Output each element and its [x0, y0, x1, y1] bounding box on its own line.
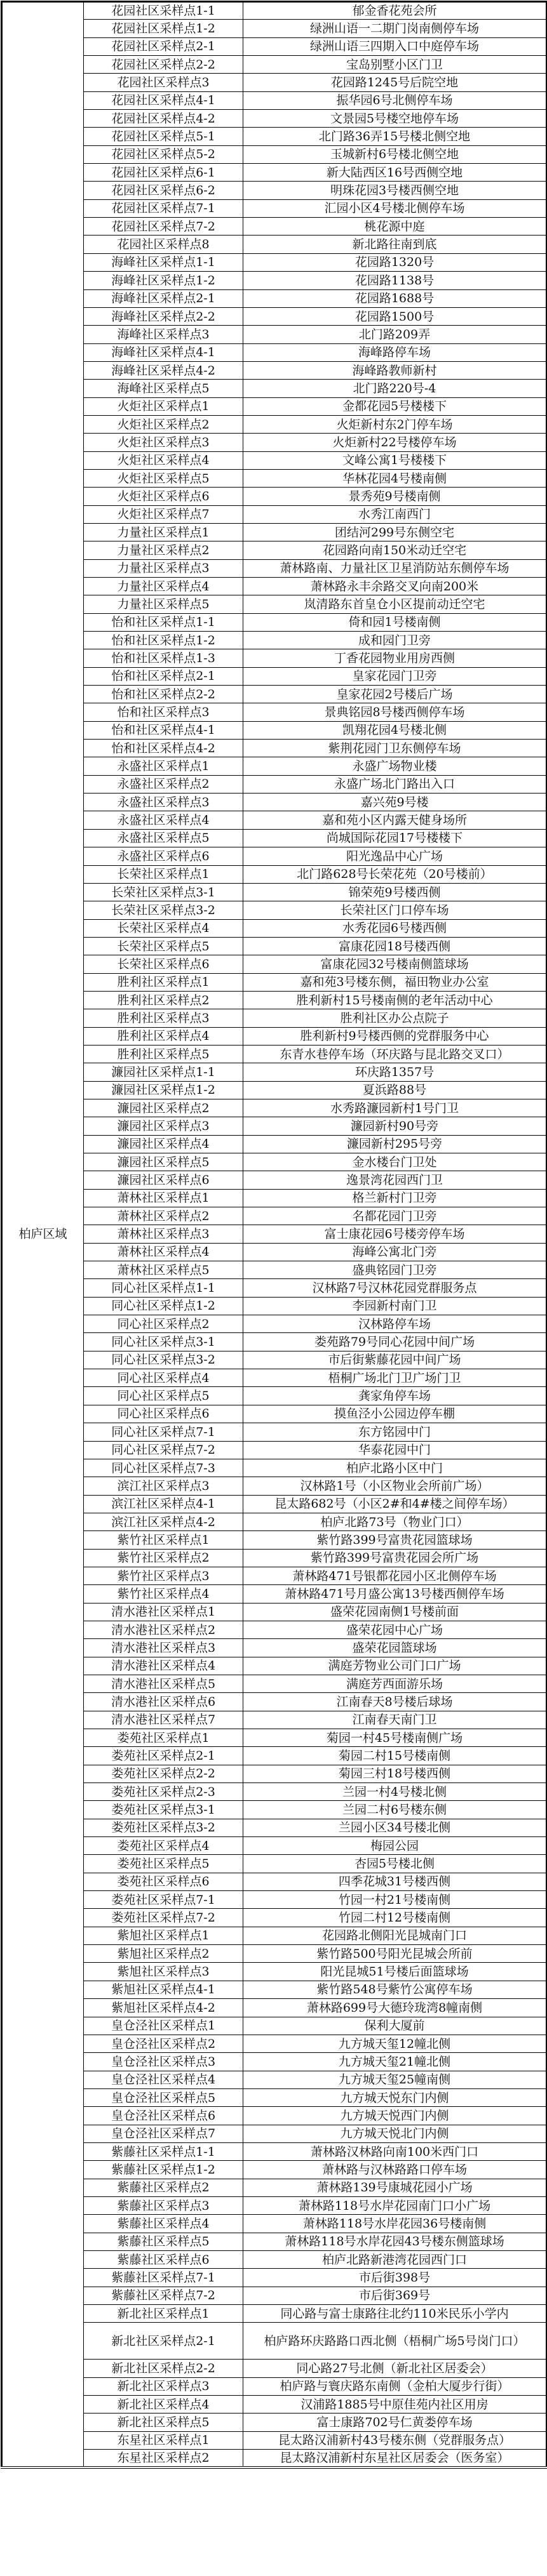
sampling-point-location: 满庭芳物业公司门口广场 — [243, 1657, 547, 1675]
sampling-point-location: 紫竹路548号紫竹公寓停车场 — [243, 1981, 547, 1998]
sampling-point-name: 萧林社区采样点4 — [84, 1243, 243, 1261]
sampling-point-location: 锦荣苑9号楼西侧 — [243, 883, 547, 901]
sampling-point-location: 胜利社区办公点院子 — [243, 1009, 547, 1027]
sampling-point-name: 花园社区采样点7-2 — [84, 218, 243, 236]
sampling-point-name: 花园社区采样点5-1 — [84, 128, 243, 145]
table-row: 娄苑社区采样点2-3兰园一村4号楼北侧 — [2, 1783, 547, 1801]
sampling-point-name: 永盛社区采样点6 — [84, 847, 243, 865]
table-row: 长荣社区采样点1北门路628号长荣花苑（20号楼前） — [2, 865, 547, 883]
sampling-point-location: 嘉和苑小区内露天健身场所 — [243, 811, 547, 829]
table-row: 同心社区采样点7-3柏庐北路小区中门 — [2, 1459, 547, 1477]
sampling-point-location: 同心路27号北侧（新北社区居委会） — [243, 2360, 547, 2377]
sampling-point-location: 保利大厦前 — [243, 2017, 547, 2035]
table-row: 长荣社区采样点3-1锦荣苑9号楼西侧 — [2, 883, 547, 901]
sampling-point-name: 海峰社区采样点1-2 — [84, 272, 243, 289]
table-row: 皇仓泾社区采样点6九方城天悦西门内侧 — [2, 2107, 547, 2125]
sampling-point-name: 怡和社区采样点1-3 — [84, 649, 243, 667]
table-row: 萧林社区采样点1格兰新村门卫旁 — [2, 1189, 547, 1207]
sampling-point-location: 北门路36弄15号楼北侧空地 — [243, 128, 547, 145]
sampling-point-name: 萧林社区采样点3 — [84, 1225, 243, 1243]
sampling-point-name: 濂园社区采样点3 — [84, 1117, 243, 1135]
sampling-point-name: 皇仓泾社区采样点5 — [84, 2088, 243, 2106]
table-row: 花园社区采样点8新北路往南到底 — [2, 236, 547, 253]
table-row: 长荣社区采样点6富康花园32号楼南侧篮球场 — [2, 955, 547, 973]
sampling-point-name: 海峰社区采样点3 — [84, 326, 243, 343]
sampling-point-location: 昆太路汉浦新村东星社区居委会（医务室） — [243, 2450, 547, 2467]
sampling-point-location: 金都花园5号楼楼下 — [243, 397, 547, 415]
sampling-point-location: 绿洲山语三四期入口中庭停车场 — [243, 37, 547, 55]
sampling-point-name: 娄苑社区采样点5 — [84, 1855, 243, 1873]
sampling-point-location: 萧林路471号月盛公寓13号楼西侧停车场 — [243, 1585, 547, 1603]
sampling-point-location: 紫竹路399号富贵花园篮球场 — [243, 1531, 547, 1549]
sampling-point-name: 萧林社区采样点5 — [84, 1261, 243, 1279]
sampling-point-name: 同心社区采样点4 — [84, 1369, 243, 1387]
sampling-point-name: 皇仓泾社区采样点4 — [84, 2071, 243, 2088]
table-row: 紫旭社区采样点2紫竹路500号阳光昆城会所前 — [2, 1945, 547, 1963]
sampling-point-location: 兰园小区34号楼北侧 — [243, 1819, 547, 1836]
table-row: 娄苑社区采样点6四季花城31号楼西侧 — [2, 1873, 547, 1890]
sampling-point-name: 火炬社区采样点5 — [84, 469, 243, 487]
sampling-point-name: 紫旭社区采样点1 — [84, 1927, 243, 1944]
sampling-point-location: 菊园一村45号楼南侧广场 — [243, 1729, 547, 1747]
sampling-point-location: 花园路1245号后院空地 — [243, 74, 547, 91]
sampling-point-location: 柏庐北路新港湾花园西门口 — [243, 2250, 547, 2268]
table-row: 皇仓泾社区采样点5九方城天悦东门内侧 — [2, 2088, 547, 2106]
region-cell: 柏庐区域 — [2, 2, 84, 2467]
sampling-point-location: 李园新村南门卫 — [243, 1297, 547, 1315]
sampling-point-name: 长荣社区采样点1 — [84, 865, 243, 883]
table-row: 同心社区采样点3-2市后街紫藤花园中间广场 — [2, 1351, 547, 1369]
sampling-point-name: 清水港社区采样点4 — [84, 1657, 243, 1675]
sampling-point-location: 萧林路139号康城花园小广场 — [243, 2179, 547, 2196]
sampling-point-name: 濂园社区采样点4 — [84, 1135, 243, 1153]
sampling-point-name: 同心社区采样点5 — [84, 1387, 243, 1405]
sampling-point-location: 金水楼台门卫处 — [243, 1153, 547, 1171]
sampling-point-location: 江南春天南门卫 — [243, 1711, 547, 1729]
table-row: 花园社区采样点4-1振华园6号北侧停车场 — [2, 91, 547, 109]
sampling-point-name: 清水港社区采样点1 — [84, 1603, 243, 1621]
sampling-point-name: 同心社区采样点2 — [84, 1315, 243, 1333]
sampling-point-location: 永盛广场物业楼 — [243, 757, 547, 775]
table-row: 怡和社区采样点1-2成和园门卫旁 — [2, 632, 547, 649]
sampling-point-name: 怡和社区采样点3 — [84, 703, 243, 721]
sampling-point-location: 龚家角停车场 — [243, 1387, 547, 1405]
sampling-point-location: 胜利新村9号楼西侧的党群服务中心 — [243, 1027, 547, 1045]
table-row: 海峰社区采样点4-2海峰路教师新村 — [2, 361, 547, 379]
sampling-point-name: 火炬社区采样点3 — [84, 434, 243, 451]
sampling-point-name: 皇仓泾社区采样点7 — [84, 2125, 243, 2142]
sampling-point-location: 紫竹路399号富贵花园会所广场 — [243, 1549, 547, 1567]
table-row: 花园社区采样点6-2明珠花园3号楼西侧空地 — [2, 182, 547, 199]
table-row: 力量社区采样点2花园路向南150米动迁空宅 — [2, 541, 547, 559]
table-row: 永盛社区采样点1永盛广场物业楼 — [2, 757, 547, 775]
table-row: 花园社区采样点6-1新大陆西区16号西侧空地 — [2, 164, 547, 182]
sampling-point-name: 新北社区采样点3 — [84, 2377, 243, 2395]
table-row: 皇仓泾社区采样点7九方城天悦北门内侧 — [2, 2125, 547, 2142]
sampling-point-name: 永盛社区采样点1 — [84, 757, 243, 775]
sampling-point-name: 花园社区采样点2-1 — [84, 37, 243, 55]
table-row: 新北社区采样点1同心路与富士康路往北约110米民乐小学内 — [2, 2305, 547, 2323]
sampling-point-name: 濂园社区采样点1-1 — [84, 1063, 243, 1081]
sampling-point-location: 萧林路南、力量社区卫星消防站东侧停车场 — [243, 559, 547, 577]
sampling-point-location: 市后街369号 — [243, 2287, 547, 2304]
sampling-point-name: 海峰社区采样点1-1 — [84, 253, 243, 271]
sampling-point-name: 长荣社区采样点5 — [84, 937, 243, 955]
sampling-point-location: 盛荣花园中心广场 — [243, 1621, 547, 1638]
table-row: 濂园社区采样点4濂园新村295号旁 — [2, 1135, 547, 1153]
table-row: 海峰社区采样点3北门路209弄 — [2, 326, 547, 343]
sampling-point-location: 丁香花园物业用房西侧 — [243, 649, 547, 667]
sampling-point-location: 绿洲山语一二期门岗南侧停车场 — [243, 20, 547, 37]
sampling-point-name: 力量社区采样点1 — [84, 523, 243, 541]
sampling-point-name: 同心社区采样点7-3 — [84, 1459, 243, 1477]
sampling-point-name: 花园社区采样点1-2 — [84, 20, 243, 37]
table-row: 紫竹社区采样点1紫竹路399号富贵花园篮球场 — [2, 1531, 547, 1549]
table-row: 濂园社区采样点5金水楼台门卫处 — [2, 1153, 547, 1171]
sampling-point-location: 菊园二村15号楼南侧 — [243, 1747, 547, 1765]
sampling-point-location: 市后街398号 — [243, 2269, 547, 2287]
sampling-point-location: 萧林路永丰余路交叉向南200米 — [243, 578, 547, 595]
sampling-point-name: 火炬社区采样点2 — [84, 415, 243, 433]
table-row: 同心社区采样点1-1汉林路7号汉林花园党群服务点 — [2, 1279, 547, 1297]
table-row: 长荣社区采样点4水秀花园6号楼西侧 — [2, 919, 547, 937]
sampling-point-name: 紫藤社区采样点3 — [84, 2196, 243, 2214]
sampling-point-location: 梅园公园 — [243, 1837, 547, 1855]
sampling-point-location: 紫荆花园门卫东侧停车场 — [243, 740, 547, 757]
sampling-point-name: 紫藤社区采样点1-2 — [84, 2161, 243, 2179]
sampling-point-name: 清水港社区采样点7 — [84, 1711, 243, 1729]
sampling-point-location: 四季花城31号楼西侧 — [243, 1873, 547, 1890]
sampling-point-location: 海峰公寓北门旁 — [243, 1243, 547, 1261]
sampling-point-name: 娄苑社区采样点3-2 — [84, 1819, 243, 1836]
sampling-point-location: 富康花园18号楼西侧 — [243, 937, 547, 955]
sampling-point-name: 娄苑社区采样点7-1 — [84, 1891, 243, 1909]
sampling-point-location: 柏庐路与寰庆路东南侧（金柏大厦步行街） — [243, 2377, 547, 2395]
sampling-point-name: 同心社区采样点3-1 — [84, 1333, 243, 1351]
sampling-point-name: 滨江社区采样点3 — [84, 1477, 243, 1495]
table-row: 火炬社区采样点3火炬新村22号楼停车场 — [2, 434, 547, 451]
table-row: 胜利社区采样点1嘉和苑3号楼东侧，福田物业办公室 — [2, 973, 547, 991]
table-row: 紫旭社区采样点3阳光昆城51号楼后面篮球场 — [2, 1963, 547, 1981]
sampling-point-name: 同心社区采样点1-2 — [84, 1297, 243, 1315]
table-row: 永盛社区采样点2永盛广场北门路出入口 — [2, 775, 547, 793]
sampling-point-name: 清水港社区采样点5 — [84, 1675, 243, 1692]
sampling-point-name: 海峰社区采样点2-1 — [84, 289, 243, 307]
sampling-point-name: 花园社区采样点6-1 — [84, 164, 243, 182]
table-row: 火炬社区采样点5华林花园4号楼南侧 — [2, 469, 547, 487]
sampling-point-location: 花园路向南150米动迁空宅 — [243, 541, 547, 559]
sampling-point-name: 火炬社区采样点1 — [84, 397, 243, 415]
sampling-point-location: 新大陆西区16号西侧空地 — [243, 164, 547, 182]
sampling-point-name: 东星社区采样点2 — [84, 2450, 243, 2467]
sampling-point-location: 濂园新村295号旁 — [243, 1135, 547, 1153]
sampling-point-name: 长荣社区采样点3-1 — [84, 883, 243, 901]
sampling-point-name: 濂园社区采样点1-2 — [84, 1081, 243, 1099]
sampling-point-name: 永盛社区采样点4 — [84, 811, 243, 829]
sampling-point-name: 火炬社区采样点7 — [84, 505, 243, 523]
sampling-point-name: 力量社区采样点3 — [84, 559, 243, 577]
sampling-point-name: 同心社区采样点3-2 — [84, 1351, 243, 1369]
sampling-point-location: 水秀路濂园新村1号门卫 — [243, 1099, 547, 1117]
sampling-point-location: 汇园小区4号楼北侧停车场 — [243, 199, 547, 217]
sampling-point-name: 胜利社区采样点2 — [84, 991, 243, 1009]
sampling-point-name: 濂园社区采样点2 — [84, 1099, 243, 1117]
sampling-point-location: 花园路北侧阳光昆城南门口 — [243, 1927, 547, 1944]
sampling-point-location: 九方城天玺12幢北侧 — [243, 2035, 547, 2052]
sampling-point-name: 同心社区采样点1-1 — [84, 1279, 243, 1297]
table-row: 新北社区采样点4汉浦路1885号中原佳苑内社区用房 — [2, 2396, 547, 2413]
sampling-point-location: 桃花源中庭 — [243, 218, 547, 236]
sampling-point-name: 力量社区采样点2 — [84, 541, 243, 559]
sampling-point-location: 华林花园4号楼南侧 — [243, 469, 547, 487]
sampling-point-name: 怡和社区采样点2-1 — [84, 667, 243, 685]
sampling-point-name: 娄苑社区采样点6 — [84, 1873, 243, 1890]
sampling-point-name: 清水港社区采样点6 — [84, 1693, 243, 1711]
sampling-point-name: 濂园社区采样点5 — [84, 1153, 243, 1171]
sampling-point-location: 濂园新村90号旁 — [243, 1117, 547, 1135]
sampling-point-location: 江南春天8号楼后球场 — [243, 1693, 547, 1711]
sampling-point-name: 怡和社区采样点4-1 — [84, 721, 243, 739]
sampling-point-name: 花园社区采样点6-2 — [84, 182, 243, 199]
table-row: 萧林社区采样点4海峰公寓北门旁 — [2, 1243, 547, 1261]
sampling-point-location: 格兰新村门卫旁 — [243, 1189, 547, 1207]
sampling-point-name: 娄苑社区采样点3-1 — [84, 1801, 243, 1819]
sampling-point-location: 竹园二村12号楼南侧 — [243, 1909, 547, 1927]
table-row: 紫旭社区采样点4-2萧林路699号大德玲珑湾8幢南侧 — [2, 1999, 547, 2017]
sampling-point-name: 永盛社区采样点2 — [84, 775, 243, 793]
region-label: 柏庐区域 — [4, 1227, 82, 1241]
table-row: 火炬社区采样点7水秀江南西门 — [2, 505, 547, 523]
sampling-point-location: 阳光昆城51号楼后面篮球场 — [243, 1963, 547, 1981]
sampling-point-location: 竹园一村21号楼南侧 — [243, 1891, 547, 1909]
sampling-point-location: 市后街紫藤花园中间广场 — [243, 1351, 547, 1369]
table-row: 新北社区采样点2-2同心路27号北侧（新北社区居委会） — [2, 2360, 547, 2377]
sampling-point-location: 萧林路471号银都花园小区北侧停车场 — [243, 1567, 547, 1584]
sampling-point-location: 娄苑路79号同心花园中间广场 — [243, 1333, 547, 1351]
table-row: 花园社区采样点4-2文景园5号楼空地停车场 — [2, 110, 547, 128]
sampling-point-name: 花园社区采样点4-2 — [84, 110, 243, 128]
sampling-point-name: 花园社区采样点2-2 — [84, 56, 243, 74]
sampling-point-name: 海峰社区采样点5 — [84, 380, 243, 397]
sampling-point-location: 文景园5号楼空地停车场 — [243, 110, 547, 128]
table-row: 清水港社区采样点5满庭芳西面游乐场 — [2, 1675, 547, 1692]
sampling-point-location: 满庭芳西面游乐场 — [243, 1675, 547, 1692]
sampling-point-location: 皇家花园2号楼后广场 — [243, 686, 547, 703]
sampling-point-location: 九方城天悦西门内侧 — [243, 2107, 547, 2125]
sampling-point-location: 九方城天悦东门内侧 — [243, 2088, 547, 2106]
table-row: 怡和社区采样点2-1皇家花园门卫旁 — [2, 667, 547, 685]
table-row: 娄苑社区采样点1菊园一村45号楼南侧广场 — [2, 1729, 547, 1747]
sampling-point-name: 同心社区采样点7-2 — [84, 1441, 243, 1459]
table-row: 柏庐区域花园社区采样点1-1郁金香花苑会所 — [2, 2, 547, 20]
sampling-point-name: 新北社区采样点2-2 — [84, 2360, 243, 2377]
sampling-point-location: 九方城天玺25幢南侧 — [243, 2071, 547, 2088]
sampling-point-name: 花园社区采样点4-1 — [84, 91, 243, 109]
sampling-point-name: 同心社区采样点7-1 — [84, 1423, 243, 1441]
sampling-point-location: 萧林路汉林路向南100米西门口 — [243, 2142, 547, 2160]
sampling-point-name: 胜利社区采样点5 — [84, 1045, 243, 1063]
sampling-point-name: 皇仓泾社区采样点3 — [84, 2053, 243, 2071]
table-row: 海峰社区采样点1-2花园路1138号 — [2, 272, 547, 289]
table-row: 力量社区采样点3萧林路南、力量社区卫星消防站东侧停车场 — [2, 559, 547, 577]
sampling-point-name: 滨江社区采样点4-1 — [84, 1495, 243, 1513]
table-row: 同心社区采样点3-1娄苑路79号同心花园中间广场 — [2, 1333, 547, 1351]
table-row: 萧林社区采样点2名都花园门卫旁 — [2, 1207, 547, 1225]
sampling-point-name: 紫藤社区采样点7-1 — [84, 2269, 243, 2287]
sampling-point-name: 紫旭社区采样点3 — [84, 1963, 243, 1981]
sampling-point-name: 娄苑社区采样点2-2 — [84, 1765, 243, 1783]
sampling-point-name: 皇仓泾社区采样点6 — [84, 2107, 243, 2125]
sampling-point-location: 兰园一村4号楼北侧 — [243, 1783, 547, 1801]
table-row: 娄苑社区采样点2-1菊园二村15号楼南侧 — [2, 1747, 547, 1765]
sampling-point-location: 景典铭园8号楼西侧停车场 — [243, 703, 547, 721]
table-row: 同心社区采样点1-2李园新村南门卫 — [2, 1297, 547, 1315]
table-row: 永盛社区采样点6阳光逸品中心广场 — [2, 847, 547, 865]
table-row: 力量社区采样点4萧林路永丰余路交叉向南200米 — [2, 578, 547, 595]
sampling-points-table: 柏庐区域花园社区采样点1-1郁金香花苑会所花园社区采样点1-2绿洲山语一二期门岗… — [1, 1, 547, 2469]
table-row: 火炬社区采样点4文峰公寓1号楼楼下 — [2, 451, 547, 469]
sampling-point-location: 花园路1138号 — [243, 272, 547, 289]
sampling-point-name: 怡和社区采样点4-2 — [84, 740, 243, 757]
table-row: 娄苑社区采样点7-1竹园一村21号楼南侧 — [2, 1891, 547, 1909]
sampling-point-location: 昆太路汉浦新村43号楼东侧（党群服务点） — [243, 2431, 547, 2449]
sampling-point-location: 倚和园1号楼南侧 — [243, 613, 547, 631]
table-row: 怡和社区采样点4-1凯翔花园4号楼北侧 — [2, 721, 547, 739]
table-row: 濂园社区采样点1-2夏浜路88号 — [2, 1081, 547, 1099]
sampling-point-location: 东青水巷停车场（环庆路与昆北路交叉口） — [243, 1045, 547, 1063]
sampling-point-name: 长荣社区采样点3-2 — [84, 901, 243, 919]
sampling-point-location: 海峰路停车场 — [243, 343, 547, 361]
sampling-point-name: 清水港社区采样点3 — [84, 1639, 243, 1657]
sampling-point-location: 火炬新村22号楼停车场 — [243, 434, 547, 451]
sampling-point-name: 海峰社区采样点4-2 — [84, 361, 243, 379]
sampling-point-location: 郁金香花苑会所 — [243, 2, 547, 20]
table-row: 东星社区采样点2昆太路汉浦新村东星社区居委会（医务室） — [2, 2450, 547, 2467]
sampling-point-location: 嘉和苑3号楼东侧，福田物业办公室 — [243, 973, 547, 991]
table-row: 新北社区采样点5富士康路702号仁黄娄停车场 — [2, 2413, 547, 2431]
sampling-point-location: 汉浦路1885号中原佳苑内社区用房 — [243, 2396, 547, 2413]
sampling-point-location: 水秀花园6号楼西侧 — [243, 919, 547, 937]
table-row: 火炬社区采样点6景秀苑9号楼南侧 — [2, 488, 547, 505]
sampling-point-name: 紫藤社区采样点4 — [84, 2215, 243, 2233]
sampling-point-location: 九方城天悦北门内侧 — [243, 2125, 547, 2142]
table-row: 火炬社区采样点1金都花园5号楼楼下 — [2, 397, 547, 415]
sampling-point-name: 萧林社区采样点1 — [84, 1189, 243, 1207]
sampling-point-name: 永盛社区采样点5 — [84, 829, 243, 847]
sampling-point-location: 嘉兴苑9号楼 — [243, 793, 547, 811]
sampling-point-location: 火炬新村东2门停车场 — [243, 415, 547, 433]
table-row: 紫藤社区采样点1-1萧林路汉林路向南100米西门口 — [2, 2142, 547, 2160]
table-row: 紫藤社区采样点7-1市后街398号 — [2, 2269, 547, 2287]
table-row: 新北社区采样点2-1柏庐路环庆路路口西北侧（梧桐广场5号岗门口） — [2, 2323, 547, 2360]
table-row: 胜利社区采样点2胜利新村15号楼南侧的老年活动中心 — [2, 991, 547, 1009]
sampling-point-location: 萧林路118号水岸花园43号楼东侧篮球场 — [243, 2233, 547, 2250]
table-row: 清水港社区采样点6江南春天8号楼后球场 — [2, 1693, 547, 1711]
sampling-point-name: 海峰社区采样点2-2 — [84, 307, 243, 325]
sampling-point-location: 摸鱼泾小公园边停车棚 — [243, 1405, 547, 1423]
sampling-point-name: 娄苑社区采样点1 — [84, 1729, 243, 1747]
table-row: 紫藤社区采样点1-2萧林路与汉林路路口停车场 — [2, 2161, 547, 2179]
table-row: 怡和社区采样点4-2紫荆花园门卫东侧停车场 — [2, 740, 547, 757]
sampling-point-name: 紫藤社区采样点7-2 — [84, 2287, 243, 2304]
table-row: 胜利社区采样点3胜利社区办公点院子 — [2, 1009, 547, 1027]
sampling-point-location: 皇家花园门卫旁 — [243, 667, 547, 685]
table-row: 萧林社区采样点3富士康花园6号楼旁停车场 — [2, 1225, 547, 1243]
sampling-point-location: 花园路1500号 — [243, 307, 547, 325]
sampling-point-location: 同心路与富士康路往北约110米民乐小学内 — [243, 2305, 547, 2323]
table-body: 柏庐区域花园社区采样点1-1郁金香花苑会所花园社区采样点1-2绿洲山语一二期门岗… — [2, 2, 547, 2467]
table-row: 怡和社区采样点3景典铭园8号楼西侧停车场 — [2, 703, 547, 721]
table-row: 同心社区采样点5龚家角停车场 — [2, 1387, 547, 1405]
sampling-point-name: 新北社区采样点2-1 — [84, 2323, 243, 2360]
sampling-point-location: 团结河299号东侧空宅 — [243, 523, 547, 541]
sampling-point-name: 紫藤社区采样点2 — [84, 2179, 243, 2196]
sampling-point-location: 阳光逸品中心广场 — [243, 847, 547, 865]
sampling-point-name: 紫竹社区采样点1 — [84, 1531, 243, 1549]
sampling-point-name: 紫竹社区采样点4 — [84, 1585, 243, 1603]
sampling-point-location: 玉城新村6号楼北侧空地 — [243, 145, 547, 163]
sampling-point-location: 景秀苑9号楼南侧 — [243, 488, 547, 505]
sampling-point-name: 皇仓泾社区采样点2 — [84, 2035, 243, 2052]
sampling-point-name: 萧林社区采样点2 — [84, 1207, 243, 1225]
table-row: 紫藤社区采样点6柏庐北路新港湾花园西门口 — [2, 2250, 547, 2268]
sampling-point-location: 明珠花园3号楼西侧空地 — [243, 182, 547, 199]
table-row: 胜利社区采样点4胜利新村9号楼西侧的党群服务中心 — [2, 1027, 547, 1045]
table-row: 永盛社区采样点5尚城国际花园17号楼楼下 — [2, 829, 547, 847]
table-row: 胜利社区采样点5东青水巷停车场（环庆路与昆北路交叉口） — [2, 1045, 547, 1063]
table-row: 滨江社区采样点3汉林路1号（小区物业会所前广场） — [2, 1477, 547, 1495]
table-row: 娄苑社区采样点2-2菊园三村18号楼西侧 — [2, 1765, 547, 1783]
table-row: 怡和社区采样点2-2皇家花园2号楼后广场 — [2, 686, 547, 703]
sampling-point-name: 海峰社区采样点4-1 — [84, 343, 243, 361]
table-row: 海峰社区采样点1-1花园路1320号 — [2, 253, 547, 271]
sampling-point-location: 九方城天玺21幢北侧 — [243, 2053, 547, 2071]
table-row: 皇仓泾社区采样点3九方城天玺21幢北侧 — [2, 2053, 547, 2071]
table-row: 海峰社区采样点5北门路220号-4 — [2, 380, 547, 397]
sampling-point-location: 紫竹路500号阳光昆城会所前 — [243, 1945, 547, 1963]
sampling-point-name: 同心社区采样点6 — [84, 1405, 243, 1423]
sampling-point-name: 胜利社区采样点3 — [84, 1009, 243, 1027]
sampling-point-name: 娄苑社区采样点4 — [84, 1837, 243, 1855]
table-row: 娄苑社区采样点7-2竹园二村12号楼南侧 — [2, 1909, 547, 1927]
sampling-point-name: 紫藤社区采样点6 — [84, 2250, 243, 2268]
sampling-point-name: 新北社区采样点1 — [84, 2305, 243, 2323]
sampling-point-location: 汉林路1号（小区物业会所前广场） — [243, 1477, 547, 1495]
sampling-point-name: 紫竹社区采样点3 — [84, 1567, 243, 1584]
sampling-point-name: 娄苑社区采样点7-2 — [84, 1909, 243, 1927]
sampling-point-name: 娄苑社区采样点2-1 — [84, 1747, 243, 1765]
sampling-point-location: 富士康路702号仁黄娄停车场 — [243, 2413, 547, 2431]
sampling-point-location: 夏浜路88号 — [243, 1081, 547, 1099]
table-row: 同心社区采样点2汉林路停车场 — [2, 1315, 547, 1333]
sampling-point-name: 花园社区采样点5-2 — [84, 145, 243, 163]
table-row: 紫旭社区采样点4-1紫竹路548号紫竹公寓停车场 — [2, 1981, 547, 1998]
sampling-point-location: 花园路1688号 — [243, 289, 547, 307]
table-row: 花园社区采样点2-1绿洲山语三四期入口中庭停车场 — [2, 37, 547, 55]
table-row: 海峰社区采样点2-2花园路1500号 — [2, 307, 547, 325]
table-row: 同心社区采样点7-1东方铭园中门 — [2, 1423, 547, 1441]
table-row: 花园社区采样点7-2桃花源中庭 — [2, 218, 547, 236]
sampling-point-name: 永盛社区采样点3 — [84, 793, 243, 811]
sampling-point-name: 胜利社区采样点1 — [84, 973, 243, 991]
sampling-point-location: 汉林路7号汉林花园党群服务点 — [243, 1279, 547, 1297]
table-row: 濂园社区采样点2水秀路濂园新村1号门卫 — [2, 1099, 547, 1117]
sampling-point-location: 岚清路东首皇仓小区提前动迁空宅 — [243, 595, 547, 613]
table-row: 皇仓泾社区采样点4九方城天玺25幢南侧 — [2, 2071, 547, 2088]
sampling-point-location: 梧桐广场北门卫广场门卫 — [243, 1369, 547, 1387]
sampling-point-location: 文峰公寓1号楼楼下 — [243, 451, 547, 469]
table-row: 新北社区采样点3柏庐路与寰庆路东南侧（金柏大厦步行街） — [2, 2377, 547, 2395]
